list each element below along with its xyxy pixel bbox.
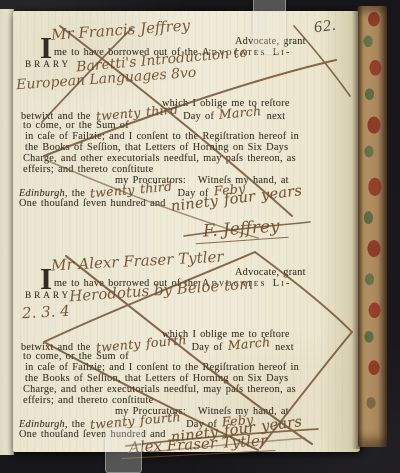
book-scan-photo: 62. Mr Francis Jeffrey I Advocate, grant… [0, 0, 400, 473]
book-title-line2: 2. 3. 4 [22, 302, 71, 322]
printed-brary: BRARY [25, 290, 71, 301]
tape-top [253, 0, 286, 54]
previous-page-edge [0, 9, 14, 455]
page-number: 62. [313, 17, 338, 38]
printed-failzie-line-4: effeirs; and thereto conſtitute [23, 164, 153, 175]
marbled-book-edge [358, 6, 387, 447]
printed-failzie-line-2: the Books of Seſſion, that Letters of Ho… [25, 142, 288, 153]
drop-cap-initial: I [40, 265, 52, 293]
printed-next-label: next [275, 342, 294, 353]
tape-bottom [105, 428, 142, 473]
printed-year-line: One thouſand ſeven hundred andninety fou… [19, 197, 308, 209]
printed-failzie-line-1: in caſe of Failzie; and I conſent to the… [25, 362, 299, 373]
signed-day: twenty third [90, 180, 173, 198]
printed-failzie-line-4: effeirs; and thereto conſtitute [23, 395, 153, 406]
borrower-name: Mr Alexr Fraser Tytler [51, 247, 224, 274]
printed-to-come-line: to come, or the Sum of [23, 351, 129, 362]
drop-cap-initial: I [40, 34, 52, 62]
printed-brary: BRARY [25, 59, 71, 70]
restore-month: March [227, 336, 270, 351]
printed-failzie-line-1: in caſe of Failzie; and I conſent to the… [25, 131, 299, 142]
signature: F. Jeffrey [194, 216, 288, 244]
restore-day: twenty third [95, 103, 178, 121]
printed-failzie-line-3: Charge, and other executorials needful, … [23, 153, 296, 164]
printed-failzie-line-3: Charge, and other executorials needful, … [23, 384, 296, 395]
printed-one-thousand-label: One thouſand ſeven hundred and [19, 198, 166, 209]
printed-day-of-label: Day of [183, 111, 214, 122]
printed-to-come-line: to come, or the Sum of [23, 120, 129, 131]
document-page: 62. Mr Francis Jeffrey I Advocate, grant… [13, 11, 360, 452]
restore-month: March [219, 105, 262, 120]
printed-day-of-label: Day of [192, 342, 223, 353]
borrower-name: Mr Francis Jeffrey [51, 16, 191, 44]
printed-failzie-line-2: the Books of Seſſion, that Letters of Ho… [25, 373, 288, 384]
printed-next-label: next [267, 111, 286, 122]
